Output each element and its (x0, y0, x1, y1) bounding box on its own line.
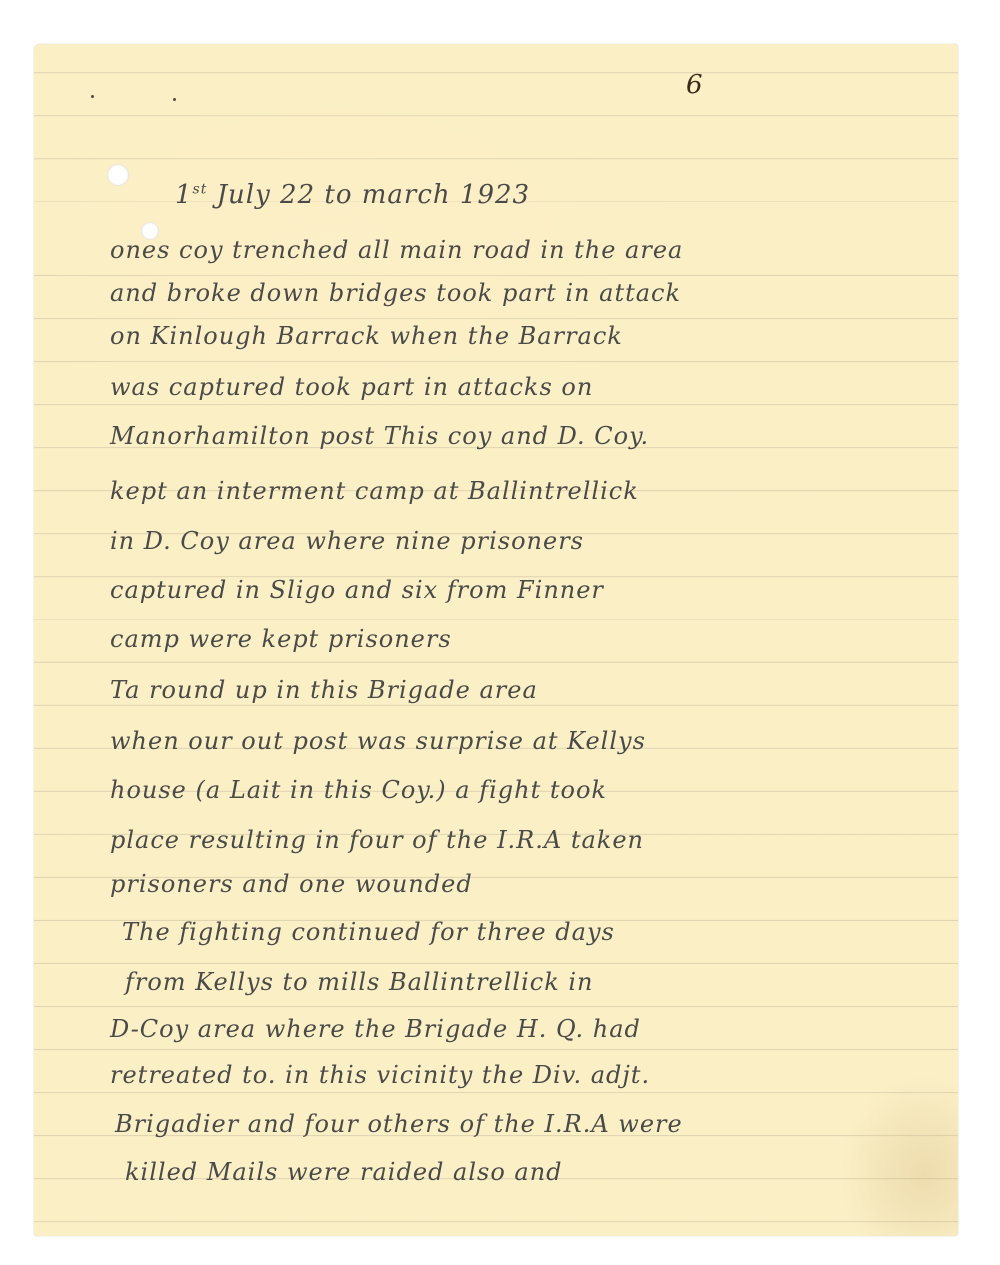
text-line: house (a Lait in this Coy.) a fight took (110, 776, 607, 804)
text-line: D-Coy area where the Brigade H. Q. had (110, 1015, 641, 1043)
punch-hole (107, 164, 129, 186)
text-line: retreated to. in this vicinity the Div. … (110, 1061, 650, 1089)
text-line: Manorhamilton post This coy and D. Coy. (110, 422, 649, 450)
text-line: and broke down bridges took part in atta… (110, 279, 681, 307)
text-line: when our out post was surprise at Kellys (110, 727, 646, 755)
paper-speck (91, 95, 94, 98)
text-line: from Kellys to mills Ballintrellick in (125, 968, 594, 996)
text-line: ones coy trenched all main road in the a… (110, 236, 683, 264)
document-heading: 1st July 22 to march 1923 (175, 180, 530, 210)
text-line: captured in Sligo and six from Finner (110, 576, 604, 604)
text-line: in D. Coy area where nine prisoners (110, 527, 584, 555)
text-line: Ta round up in this Brigade area (110, 676, 538, 704)
text-line: was captured took part in attacks on (110, 373, 593, 401)
text-line: The fighting continued for three days (122, 918, 615, 946)
text-line: place resulting in four of the I.R.A tak… (110, 826, 644, 854)
page-number: 6 (686, 70, 703, 100)
text-line: camp were kept prisoners (110, 625, 452, 653)
text-line: on Kinlough Barrack when the Barrack (110, 322, 623, 350)
heading-day-suffix: st (193, 181, 208, 197)
text-line: prisoners and one wounded (110, 870, 473, 898)
heading-day: 1 (175, 180, 193, 210)
paper-speck (173, 98, 176, 101)
text-line: Brigadier and four others of the I.R.A w… (115, 1110, 683, 1138)
heading-date-range: July 22 to march 1923 (207, 180, 530, 210)
text-line: kept an interment camp at Ballintrellick (110, 477, 639, 505)
text-line: killed Mails were raided also and (125, 1158, 563, 1186)
